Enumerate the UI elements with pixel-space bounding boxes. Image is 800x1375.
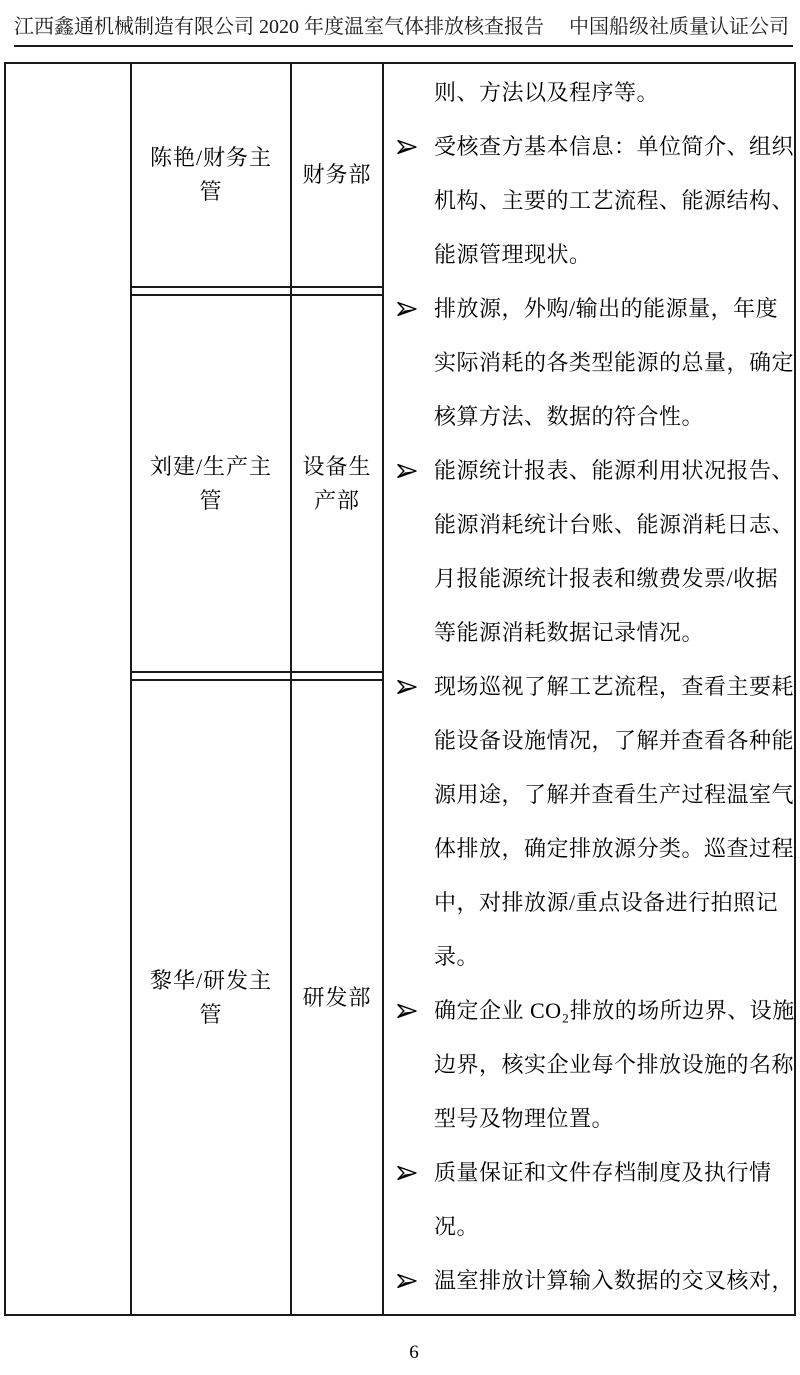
department-cell: 财务部: [292, 64, 382, 286]
bullet-marker: [396, 444, 422, 498]
bullet-line: 录。: [434, 930, 792, 984]
bullet-item: 温室排放计算输入数据的交叉核对，: [396, 1254, 792, 1308]
bullet-text: 则、方法以及程序等。: [434, 66, 792, 120]
row-divider: [130, 671, 384, 673]
bullet-line: 型号及物理位置。: [434, 1092, 792, 1146]
table-grid: 陈艳/财务主管 财务部 刘建/生产主管 设备生产部 黎华/研发主管 研发部 则、…: [6, 64, 794, 1314]
bullet-line: 边界，核实企业每个排放设施的名称: [434, 1038, 792, 1092]
bullet-text: 受核查方基本信息：单位简介、组织机构、主要的工艺流程、能源结构、能源管理现状。: [434, 120, 792, 282]
bullet-item: 能源统计报表、能源利用状况报告、能源消耗统计台账、能源消耗日志、月报能源统计报表…: [396, 444, 792, 660]
interviewee-name-cell: 黎华/研发主管: [132, 681, 290, 1314]
bullet-item: 受核查方基本信息：单位简介、组织机构、主要的工艺流程、能源结构、能源管理现状。: [396, 120, 792, 282]
document-page: { "header": { "title": "江西鑫通机械制造有限公司 202…: [0, 0, 800, 1375]
bullet-line: 月报能源统计报表和缴费发票/收据: [434, 552, 792, 606]
bullet-line: 能源统计报表、能源利用状况报告、: [434, 444, 792, 498]
bullet-marker-spacer: [396, 66, 422, 120]
bullet-line: 则、方法以及程序等。: [434, 66, 792, 120]
bullet-text: 温室排放计算输入数据的交叉核对，: [434, 1254, 792, 1308]
bullet-marker: [396, 1146, 422, 1200]
bullet-marker: [396, 984, 422, 1038]
verification-activities-list: 则、方法以及程序等。受核查方基本信息：单位简介、组织机构、主要的工艺流程、能源结…: [396, 66, 792, 1308]
bullet-line: 能源消耗统计台账、能源消耗日志、: [434, 498, 792, 552]
bullet-line: 核算方法、数据的符合性。: [434, 390, 792, 444]
header-divider: [14, 45, 793, 47]
interviewee-name-cell: 陈艳/财务主管: [132, 64, 290, 286]
verification-activities-cell: 则、方法以及程序等。受核查方基本信息：单位简介、组织机构、主要的工艺流程、能源结…: [384, 64, 794, 1314]
bullet-text: 确定企业 CO₂排放的场所边界、设施边界，核实企业每个排放设施的名称型号及物理位…: [434, 984, 792, 1146]
bullet-line: 质量保证和文件存档制度及执行情: [434, 1146, 792, 1200]
bullet-line: 现场巡视了解工艺流程，查看主要耗: [434, 660, 792, 714]
bullet-item: 确定企业 CO₂排放的场所边界、设施边界，核实企业每个排放设施的名称型号及物理位…: [396, 984, 792, 1146]
arrowhead-bullet-icon: [396, 678, 418, 696]
bullet-line: 况。: [434, 1200, 792, 1254]
arrowhead-bullet-icon: [396, 138, 418, 156]
page-number: 6: [14, 1342, 800, 1364]
bullet-line: 能设备设施情况，了解并查看各种能: [434, 714, 792, 768]
bullet-line: 源用途，了解并查看生产过程温室气: [434, 768, 792, 822]
bullet-marker: [396, 282, 422, 336]
row-divider: [130, 286, 384, 288]
bullet-line: 中，对排放源/重点设备进行拍照记: [434, 876, 792, 930]
bullet-marker: [396, 660, 422, 714]
interviewee-name-cell: 刘建/生产主管: [132, 296, 290, 671]
bullet-item: 现场巡视了解工艺流程，查看主要耗能设备设施情况，了解并查看各种能源用途，了解并查…: [396, 660, 792, 984]
department-cell: 设备生产部: [292, 296, 382, 671]
bullet-line: 确定企业 CO₂排放的场所边界、设施: [434, 984, 792, 1038]
bullet-line: 能源管理现状。: [434, 228, 792, 282]
personnel-activities-table: 陈艳/财务主管 财务部 刘建/生产主管 设备生产部 黎华/研发主管 研发部 则、…: [4, 62, 796, 1316]
bullet-line: 温室排放计算输入数据的交叉核对，: [434, 1254, 792, 1308]
bullet-marker: [396, 120, 422, 174]
bullet-text: 排放源，外购/输出的能源量，年度实际消耗的各类型能源的总量，确定核算方法、数据的…: [434, 282, 792, 444]
empty-left-column-cell: [6, 64, 130, 1314]
arrowhead-bullet-icon: [396, 1002, 418, 1020]
bullet-item: 排放源，外购/输出的能源量，年度实际消耗的各类型能源的总量，确定核算方法、数据的…: [396, 282, 792, 444]
bullet-line: 机构、主要的工艺流程、能源结构、: [434, 174, 792, 228]
page-header: 江西鑫通机械制造有限公司 2020 年度温室气体排放核查报告 中国船级社质量认证…: [14, 14, 794, 40]
department-cell: 研发部: [292, 681, 382, 1314]
bullet-line: 体排放，确定排放源分类。巡查过程: [434, 822, 792, 876]
bullet-text: 能源统计报表、能源利用状况报告、能源消耗统计台账、能源消耗日志、月报能源统计报表…: [434, 444, 792, 660]
bullet-text: 现场巡视了解工艺流程，查看主要耗能设备设施情况，了解并查看各种能源用途，了解并查…: [434, 660, 792, 984]
bullet-line: 等能源消耗数据记录情况。: [434, 606, 792, 660]
bullet-marker: [396, 1254, 422, 1308]
arrowhead-bullet-icon: [396, 300, 418, 318]
bullet-continuation-item: 则、方法以及程序等。: [396, 66, 792, 120]
bullet-line: 实际消耗的各类型能源的总量，确定: [434, 336, 792, 390]
bullet-item: 质量保证和文件存档制度及执行情况。: [396, 1146, 792, 1254]
bullet-text: 质量保证和文件存档制度及执行情况。: [434, 1146, 792, 1254]
bullet-line: 排放源，外购/输出的能源量，年度: [434, 282, 792, 336]
arrowhead-bullet-icon: [396, 1272, 418, 1290]
bullet-line: 受核查方基本信息：单位简介、组织: [434, 120, 792, 174]
arrowhead-bullet-icon: [396, 462, 418, 480]
arrowhead-bullet-icon: [396, 1164, 418, 1182]
